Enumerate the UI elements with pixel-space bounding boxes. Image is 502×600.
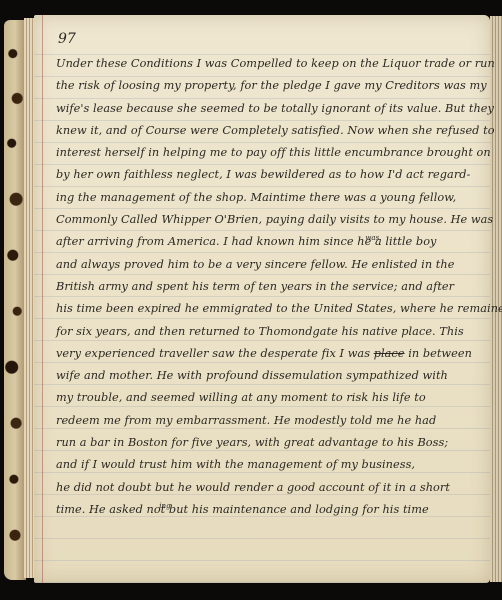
manuscript-photo: 97 Under these Conditions I was Compelle… <box>0 0 502 600</box>
text-line: interest herself in helping me to pay of… <box>56 142 486 164</box>
text-segment: after arriving from America. I had known… <box>56 235 371 248</box>
margin-line <box>42 15 43 583</box>
text-line: and if I would trust him with the manage… <box>56 454 486 476</box>
handwritten-text: Under these Conditions I was Compelled t… <box>56 53 486 521</box>
text-line: knew it, and of Course were Completely s… <box>56 120 486 142</box>
page-stack-right <box>490 16 502 582</box>
text-line: ing the management of the shop. Maintime… <box>56 187 486 209</box>
text-line: very experienced traveller saw the despe… <box>56 343 486 365</box>
text-line: wife and mother. He with profound dissem… <box>56 365 486 387</box>
text-line: wife's lease because she seemed to be to… <box>56 98 486 120</box>
text-segment: very experienced traveller saw the despe… <box>56 347 374 360</box>
marbled-book-edge <box>4 20 26 580</box>
manuscript-page: 97 Under these Conditions I was Compelle… <box>34 15 490 583</box>
inserted-word: ing <box>159 502 170 510</box>
text-line: his time been expired he emmigrated to t… <box>56 298 486 320</box>
text-line: my trouble, and seemed willing at any mo… <box>56 387 486 409</box>
text-line: redeem me from my embarrassment. He mode… <box>56 410 486 432</box>
text-line: by her own faithless neglect, I was bewi… <box>56 164 486 186</box>
text-line: British army and spent his term of ten y… <box>56 276 486 298</box>
text-line: Commonly Called Whipper O'Brien, paying … <box>56 209 486 231</box>
text-line: and always proved him to be a very since… <box>56 254 486 276</box>
text-line: the risk of loosing my property, for the… <box>56 75 486 97</box>
text-segment: time. He asked not <box>56 503 165 516</box>
text-line: he did not doubt but he would render a g… <box>56 477 486 499</box>
text-line: run a bar in Boston for five years, with… <box>56 432 486 454</box>
text-line: for six years, and then returned to Thom… <box>56 321 486 343</box>
text-segment: but his maintenance and lodging for his … <box>165 503 428 516</box>
struck-word: place <box>374 347 405 360</box>
text-line: time. He asked noting but his maintenanc… <box>56 499 486 521</box>
page-number: 97 <box>58 31 76 47</box>
inserted-word: was <box>365 234 379 242</box>
text-line: after arriving from America. I had known… <box>56 231 486 253</box>
text-line: Under these Conditions I was Compelled t… <box>56 53 486 75</box>
text-segment: a little boy <box>371 235 436 248</box>
text-segment: in between <box>405 347 472 360</box>
